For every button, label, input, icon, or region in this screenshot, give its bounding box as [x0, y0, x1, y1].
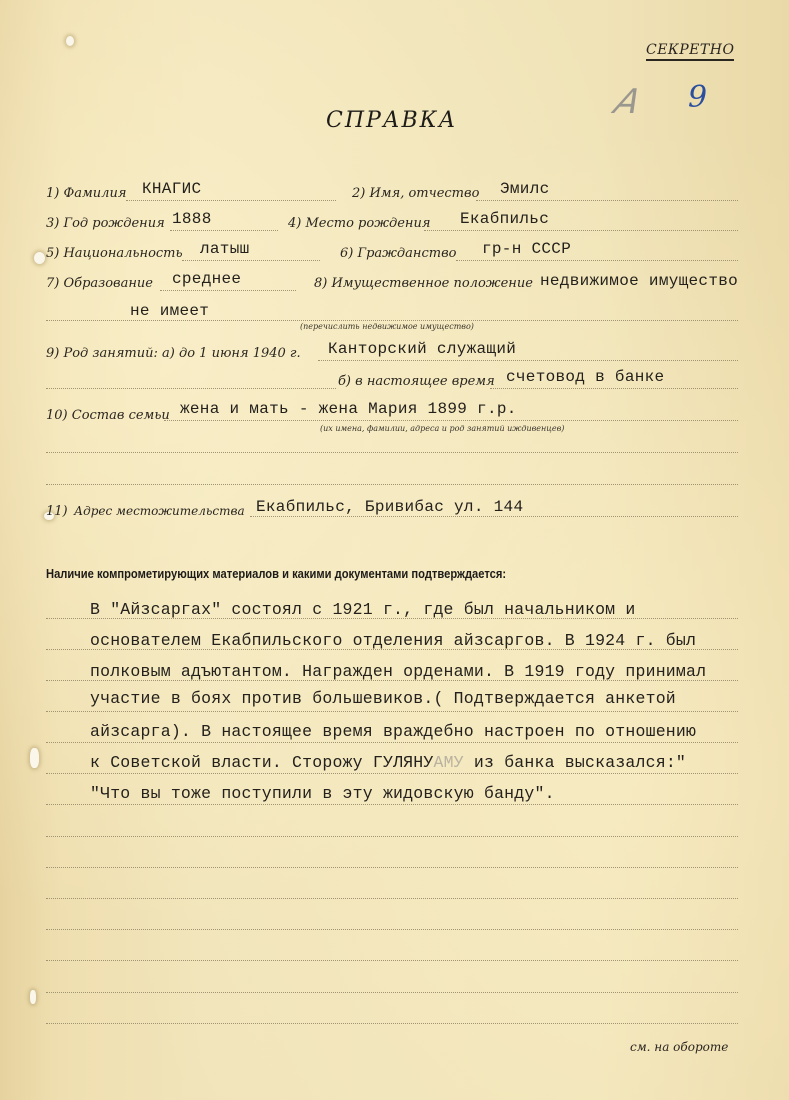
- see-reverse-note: см. на обороте: [630, 1040, 728, 1054]
- body-rule-11: [46, 929, 738, 930]
- nationality-dotted-line: [182, 260, 320, 261]
- education-value: среднее: [172, 270, 241, 288]
- body-rule-13: [46, 992, 738, 993]
- handwritten-page-number: 9: [688, 80, 707, 115]
- body-line-3: полковым адъютантом. Награжден орденами.…: [90, 662, 706, 681]
- education-label: 7) Образование: [46, 276, 153, 291]
- paper-hole-top: [66, 36, 74, 46]
- compromising-heading: Наличие компрометирующих материалов и ка…: [46, 566, 506, 581]
- body-rule-9: [46, 867, 738, 868]
- body-rule-8: [46, 836, 738, 837]
- body-rule-7: [46, 804, 738, 805]
- surname-label: 1) Фамилия: [46, 186, 126, 201]
- address-label: Адрес местожительства: [74, 504, 245, 518]
- education-dotted-line: [160, 290, 296, 291]
- name-dotted-line: [476, 200, 738, 201]
- nationality-label: 5) Национальность: [46, 246, 183, 261]
- birth-place-value: Екабпильс: [460, 210, 549, 228]
- property-label: 8) Имущественное положение: [314, 276, 533, 291]
- paper-hole-lower: [30, 748, 39, 768]
- occupation-b-dotted-line: [490, 388, 738, 389]
- birth-year-label: 3) Год рождения: [46, 216, 165, 231]
- occupation-a-dotted-line: [318, 360, 738, 361]
- family-dotted-line: [164, 420, 738, 421]
- occupation-label-b: б) в настоящее время: [338, 374, 495, 389]
- property-dotted-line-2: [46, 320, 738, 321]
- body-rule-5: [46, 742, 738, 743]
- body-rule-4: [46, 711, 738, 712]
- family-hint: (их имена, фамилии, адреса и род занятий…: [320, 424, 564, 433]
- paper-hole-bottom: [30, 990, 36, 1004]
- property-value-line1: недвижимое имущество: [540, 272, 738, 290]
- address-label-number: 11): [46, 504, 68, 519]
- body-line-6-tail: из банка высказался:": [474, 753, 686, 772]
- citizenship-value: гр-н СССР: [482, 240, 571, 258]
- property-hint: (перечислить недвижимое имущество): [300, 322, 474, 331]
- body-rule-10: [46, 898, 738, 899]
- address-value: Екабпильс, Бривибас ул. 144: [256, 498, 523, 516]
- nationality-value: латыш: [200, 240, 250, 258]
- body-rule-12: [46, 960, 738, 961]
- body-line-6: к Советской власти. Сторожу ГУЛЯНУАМУ из…: [90, 753, 686, 772]
- name-patronymic-value: Эмилс: [500, 180, 550, 198]
- name-patronymic-label: 2) Имя, отчество: [352, 186, 479, 201]
- family-label: 10) Состав семьи: [46, 408, 170, 423]
- birth-year-dotted-line: [170, 230, 278, 231]
- classification-stamp: СЕКРЕТНО: [646, 42, 734, 61]
- address-dotted-line: [250, 516, 738, 517]
- body-line-7: "Что вы тоже поступили в эту жидовскую б…: [90, 784, 555, 803]
- handwritten-pencil-mark: А: [610, 82, 646, 122]
- document-title: СПРАВКА: [326, 108, 457, 133]
- body-line-6-faded: АМУ: [433, 753, 463, 772]
- surname-value: КНАГИС: [142, 180, 201, 198]
- occupation-b-leading-dots: [46, 388, 336, 389]
- family-value: жена и мать - жена Мария 1899 г.р.: [180, 400, 517, 418]
- family-extra-line-1: [46, 452, 738, 453]
- body-line-6-main: к Советской власти. Сторожу ГУЛЯНУ: [90, 753, 433, 772]
- body-line-1: В "Айзсаргах" состоял с 1921 г., где был…: [90, 600, 636, 619]
- surname-dotted-line: [126, 200, 336, 201]
- property-value-line2: не имеет: [130, 302, 209, 320]
- body-line-5: айзсарга). В настоящее время враждебно н…: [90, 722, 696, 741]
- citizenship-label: 6) Гражданство: [340, 246, 457, 261]
- birth-place-label: 4) Место рождения: [288, 216, 430, 231]
- family-extra-line-2: [46, 484, 738, 485]
- birth-year-value: 1888: [172, 210, 212, 228]
- citizenship-dotted-line: [456, 260, 738, 261]
- birth-place-dotted-line: [424, 230, 738, 231]
- occupation-value-a: Канторский служащий: [328, 340, 516, 358]
- body-rule-6: [46, 773, 738, 774]
- body-line-2: основателем Екабпильского отделения айзс…: [90, 631, 696, 650]
- occupation-label-a: 9) Род занятий: а) до 1 июня 1940 г.: [46, 346, 301, 361]
- occupation-value-b: счетовод в банке: [506, 368, 664, 386]
- body-rule-14: [46, 1023, 738, 1024]
- paper-hole-mid: [34, 252, 45, 264]
- body-line-4: участие в боях против большевиков.( Подт…: [90, 689, 676, 708]
